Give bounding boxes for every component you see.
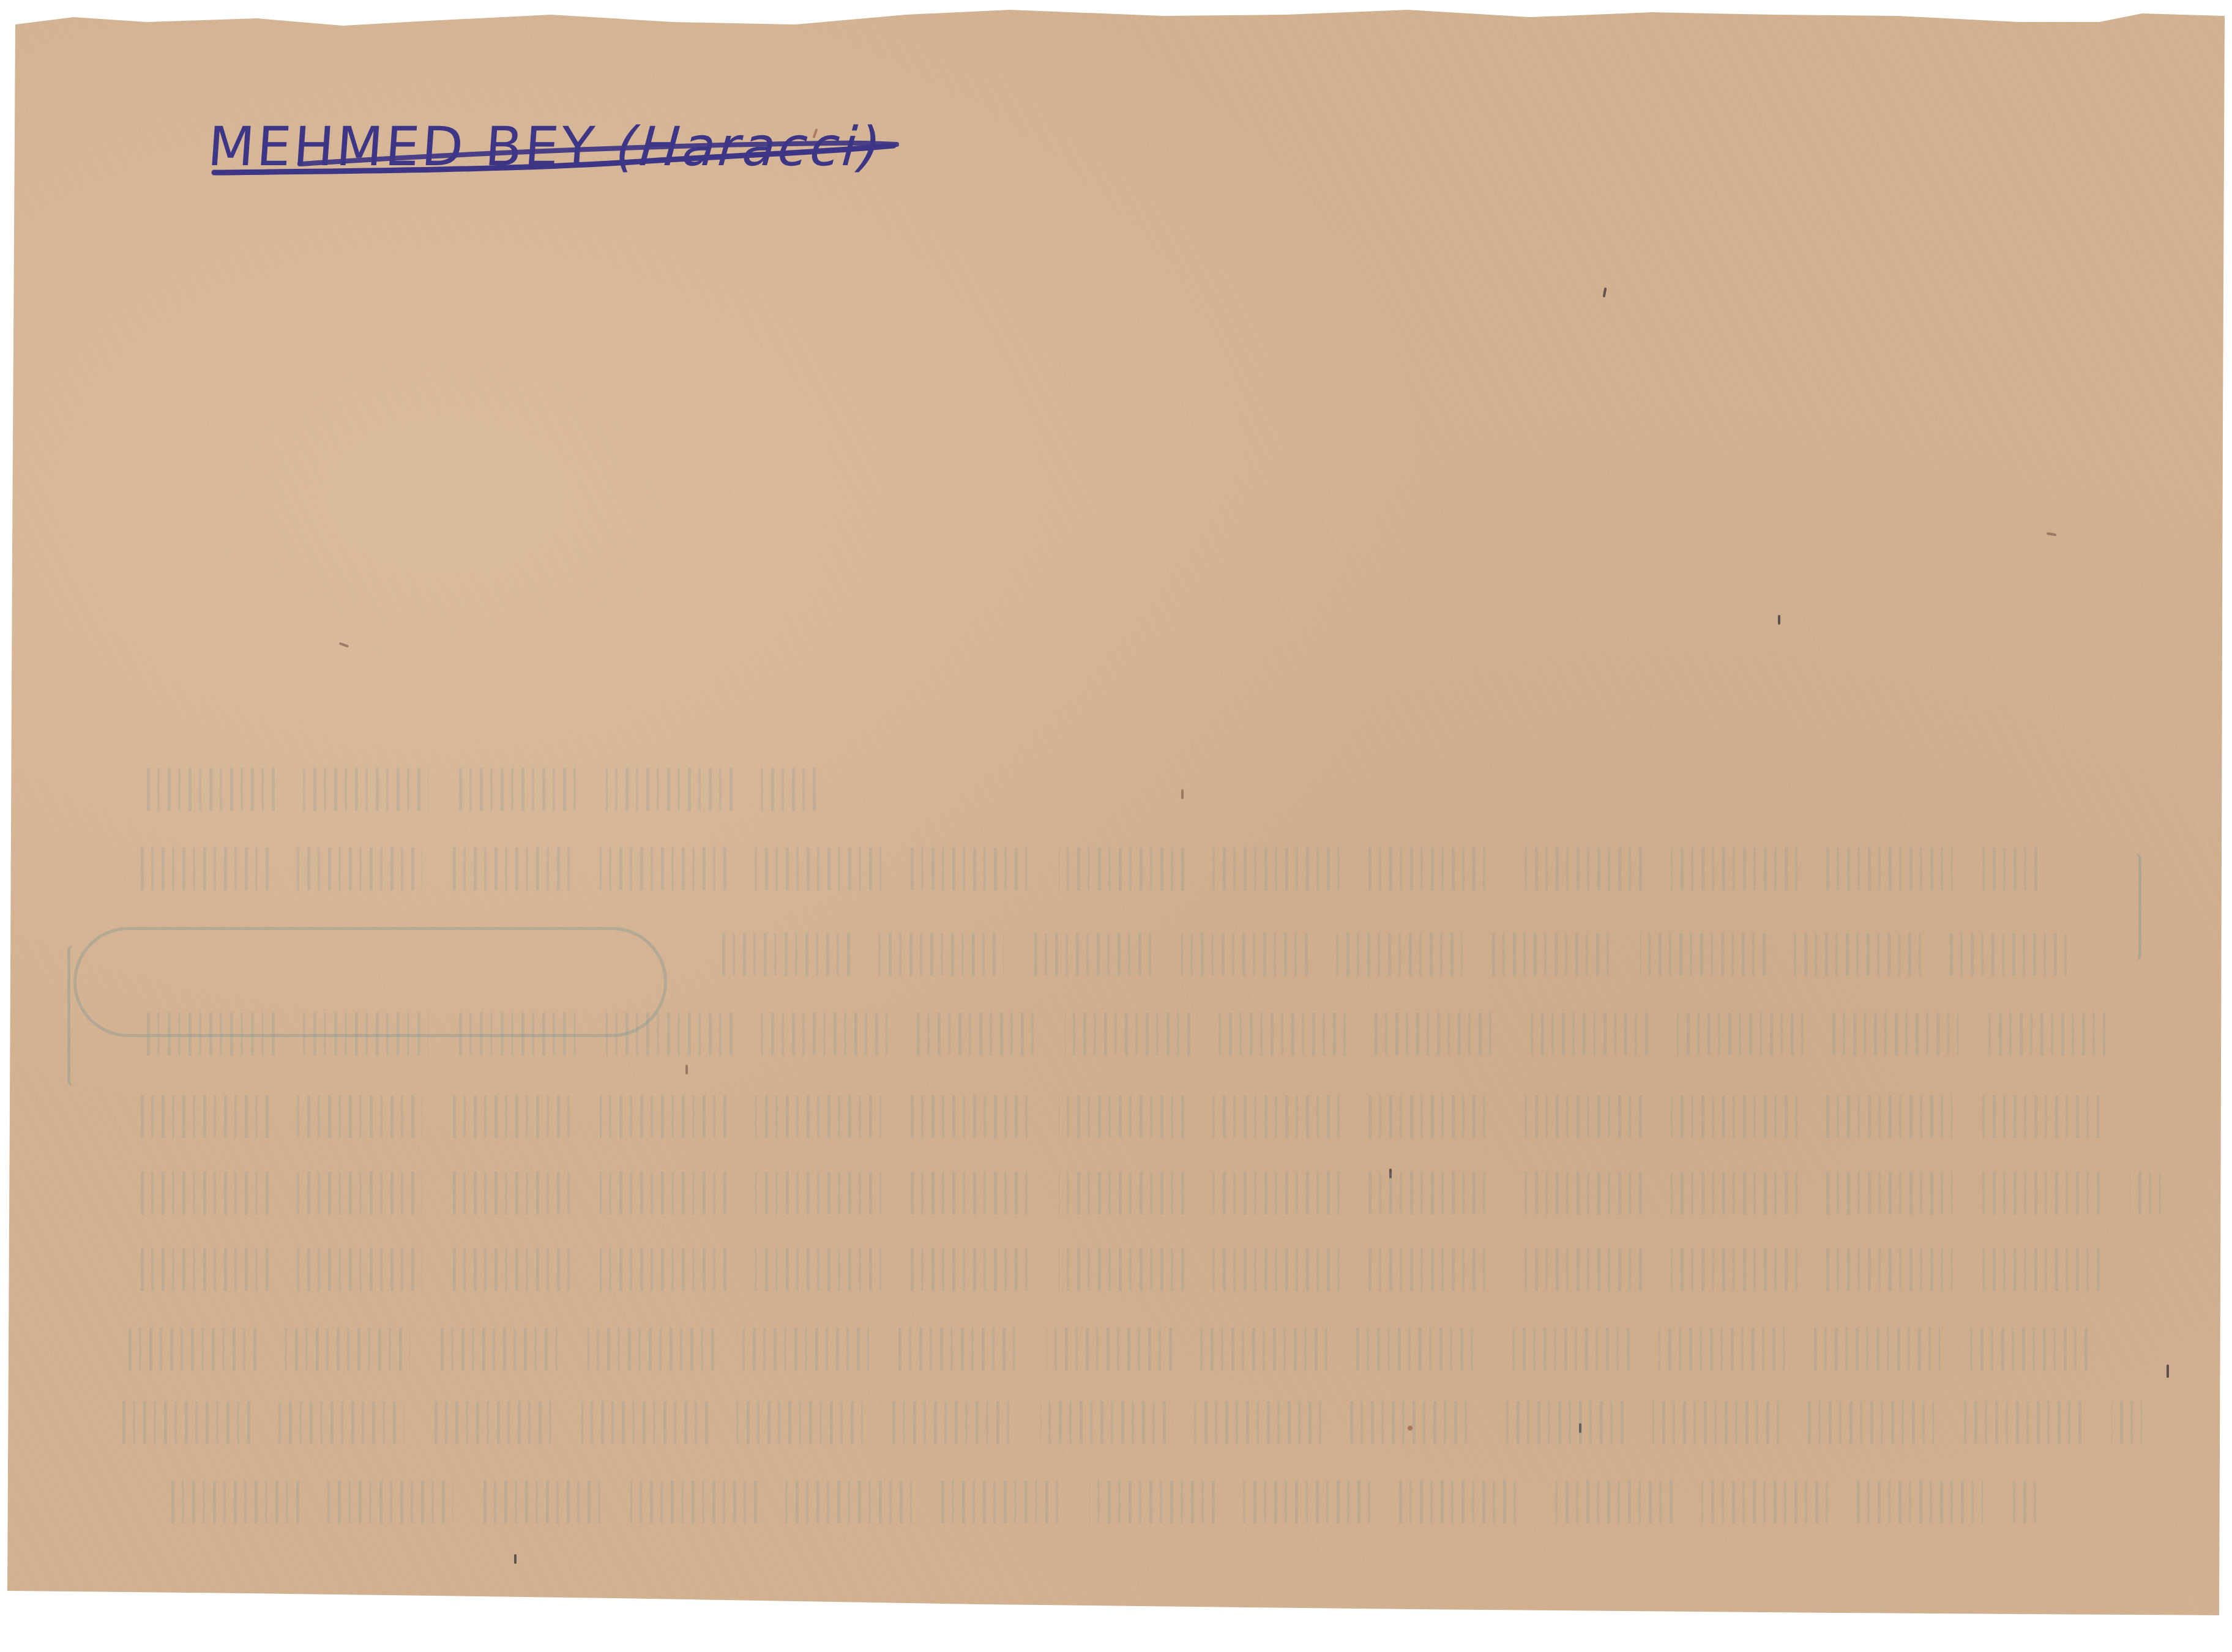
bleed-through-line xyxy=(141,1248,2130,1291)
bleed-through-line xyxy=(122,1401,2142,1444)
paper-fleck xyxy=(685,1065,688,1074)
heading-text: MEHMED BEY (Haracci) xyxy=(206,115,885,178)
paper-fleck xyxy=(2047,532,2056,537)
bleed-through-bracket xyxy=(2130,854,2141,961)
paper-fleck xyxy=(1579,1423,1581,1433)
bleed-through-line xyxy=(141,1172,2160,1215)
paper-fleck xyxy=(1778,615,1780,625)
bleed-through-line xyxy=(147,1013,2105,1055)
paper-fleck xyxy=(514,1554,517,1564)
bleed-through-line xyxy=(141,1095,2099,1138)
struck-through-heading: MEHMED BEY (Haracci) xyxy=(202,104,900,202)
paper-fleck xyxy=(339,642,349,647)
heading-name: MEHMED BEY xyxy=(206,115,599,178)
bleed-through-oval-stamp xyxy=(73,927,667,1037)
heading-annotation: (Haracci) xyxy=(614,115,885,178)
bleed-through-line xyxy=(171,1481,2038,1524)
bleed-through-bracket xyxy=(67,945,79,1086)
paper-fleck xyxy=(1181,789,1184,799)
bleed-through-layer xyxy=(0,0,2232,1652)
paper-fleck xyxy=(1603,288,1607,297)
paper-fleck xyxy=(2167,1364,2169,1378)
paper-fleck xyxy=(1408,1426,1413,1431)
bleed-through-line xyxy=(147,768,820,811)
bleed-through-line xyxy=(722,933,2099,976)
paper-fleck xyxy=(1389,1169,1392,1178)
bleed-through-line xyxy=(129,1328,2118,1371)
bleed-through-line xyxy=(141,847,2038,890)
paper-sheet: MEHMED BEY (Haracci) xyxy=(0,0,2232,1652)
scanned-document: MEHMED BEY (Haracci) xyxy=(0,0,2232,1652)
